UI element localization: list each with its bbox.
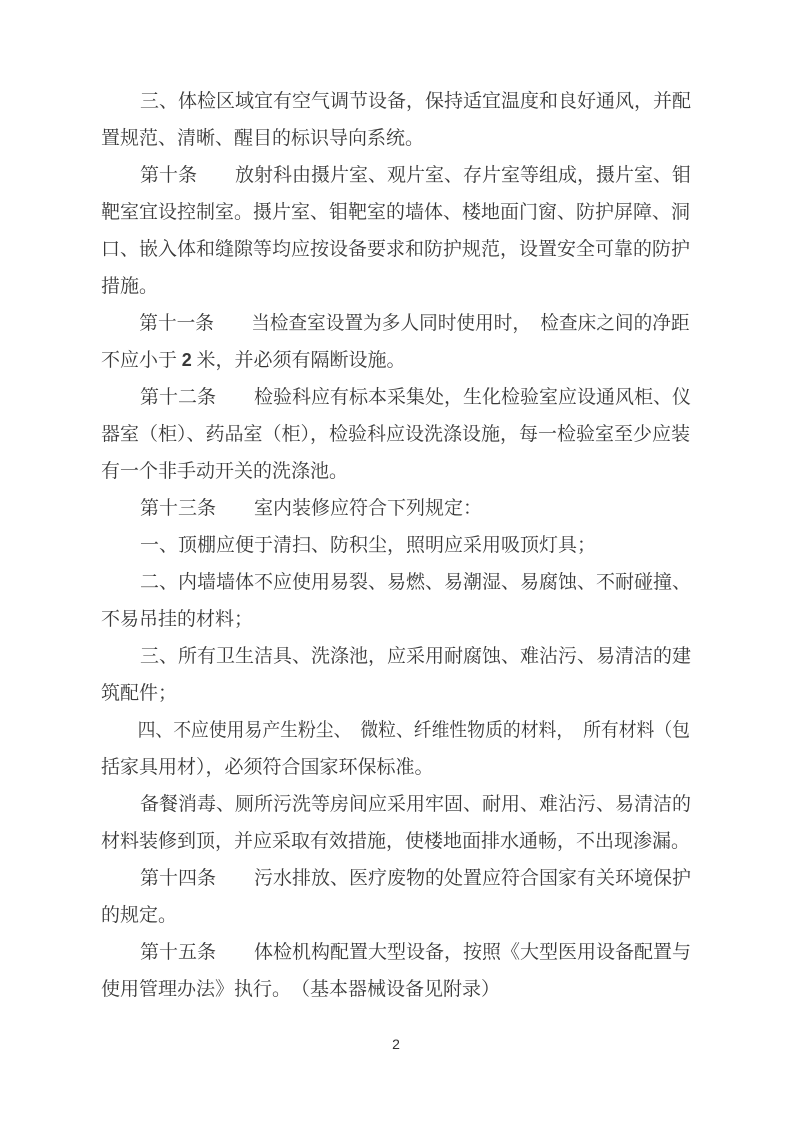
text-line: 第十五条 体检机构配置大型设备，按照《大型医用设备配置与: [101, 934, 690, 971]
measurement-value: 2: [182, 350, 192, 370]
page-footer: 2: [0, 1036, 792, 1054]
text-line: 三、所有卫生洁具、洗涤池，应采用耐腐蚀、难沾污、易清洁的建: [101, 638, 690, 675]
document-page: 三、体检区域宜有空气调节设备，保持适宜温度和良好通风，并配置规范、清晰、醒目的标…: [0, 0, 792, 1122]
text-line: 第十条 放射科由摄片室、观片室、存片室等组成，摄片室、钼: [101, 157, 690, 194]
text-line: 第十二条 检验科应有标本采集处，生化检验室应设通风柜、仪: [101, 379, 690, 416]
text-line: 口、嵌入体和缝隙等均应按设备要求和防护规范，设置安全可靠的防护: [101, 231, 690, 268]
text-line: 筑配件；: [101, 675, 690, 712]
text-line: 第十一条 当检查室设置为多人同时使用时， 检查床之间的净距: [101, 305, 679, 342]
document-lines: 三、体检区域宜有空气调节设备，保持适宜温度和良好通风，并配置规范、清晰、醒目的标…: [101, 83, 690, 1008]
text-line: 四、不应使用易产生粉尘、 微粒、纤维性物质的材料， 所有材料（包: [101, 712, 653, 749]
text-line: 的规定。: [101, 897, 690, 934]
text-line: 第十三条 室内装修应符合下列规定：: [101, 490, 690, 527]
text-line: 一、顶棚应便于清扫、防积尘，照明应采用吸顶灯具；: [101, 527, 690, 564]
text-line: 不应小于 2 米，并必须有隔断设施。: [101, 342, 690, 379]
text-line: 材料装修到顶，并应采取有效措施，使楼地面排水通畅，不出现渗漏。: [101, 823, 690, 860]
text-line: 第十四条 污水排放、医疗废物的处置应符合国家有关环境保护: [101, 860, 690, 897]
page-number: 2: [392, 1036, 400, 1052]
text-line: 靶室宜设控制室。摄片室、钼靶室的墙体、楼地面门窗、防护屏障、洞: [101, 194, 690, 231]
text-segment: 不应小于: [101, 350, 182, 371]
text-segment: 米，并必须有隔断设施。: [192, 350, 406, 371]
text-line: 置规范、清晰、醒目的标识导向系统。: [101, 120, 690, 157]
text-line: 不易吊挂的材料；: [101, 601, 690, 638]
text-line: 括家具用材），必须符合国家环保标准。: [101, 749, 690, 786]
text-line: 器室（柜）、药品室（柜），检验科应设洗涤设施，每一检验室至少应装: [101, 416, 690, 453]
text-line: 使用管理办法》执行。 （基本器械设备见附录）: [101, 971, 690, 1008]
text-line: 措施。: [101, 268, 690, 305]
text-line: 备餐消毒、厕所污洗等房间应采用牢固、耐用、难沾污、易清洁的: [101, 786, 690, 823]
text-line: 三、体检区域宜有空气调节设备，保持适宜温度和良好通风，并配: [101, 83, 690, 120]
text-line: 有一个非手动开关的洗涤池。: [101, 453, 690, 490]
text-line: 二、内墙墙体不应使用易裂、易燃、易潮湿、易腐蚀、不耐碰撞、: [101, 564, 690, 601]
